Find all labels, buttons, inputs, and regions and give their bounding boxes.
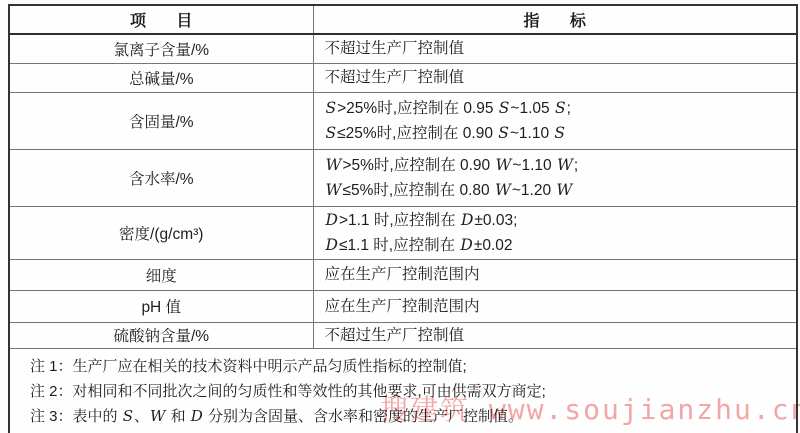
table-notes-row: 注 1：生产厂应在相关的技术资料中明示产品匀质性指标的控制值; 注 2：对相同和…: [9, 348, 797, 433]
spec-text: 不超过生产厂控制值: [325, 327, 465, 344]
spec-cell: S>25%时,应控制在 0.95 S~1.05 S; S≤25%时,应控制在 0…: [313, 92, 797, 149]
variable-S: S: [554, 99, 567, 117]
variable-S: S: [497, 124, 510, 142]
note-3: 注 3：表中的 S、W 和 D 分别为含固量、含水率和密度的生产厂控制值。: [30, 404, 788, 429]
notes-cell: 注 1：生产厂应在相关的技术资料中明示产品匀质性指标的控制值; 注 2：对相同和…: [9, 348, 797, 433]
note-1: 注 1：生产厂应在相关的技术资料中明示产品匀质性指标的控制值;: [30, 354, 788, 379]
spec-cell: 应在生产厂控制范围内: [313, 290, 797, 322]
row-ph-value: pH 值 应在生产厂控制范围内: [9, 290, 797, 322]
variable-S: S: [553, 124, 566, 142]
row-water-content: 含水率/% W>5%时,应控制在 0.90 W~1.10 W; W≤5%时,应控…: [9, 149, 797, 206]
spec-cell: 不超过生产厂控制值: [313, 322, 797, 348]
variable-W: W: [494, 156, 512, 174]
spec-cell: 应在生产厂控制范围内: [313, 259, 797, 290]
homogeneity-index-table: 项 目 指 标 氯离子含量/% 不超过生产厂控制值 总碱量/% 不超过生产厂控制…: [8, 4, 798, 433]
note-2: 注 2：对相同和不同批次之间的匀质性和等效性的其他要求,可由供需双方商定;: [30, 379, 788, 404]
header-item: 项 目: [9, 5, 313, 34]
spec-text: 应在生产厂控制范围内: [325, 266, 480, 283]
row-fineness: 细度 应在生产厂控制范围内: [9, 259, 797, 290]
variable-W: W: [556, 156, 574, 174]
spec-cell: 不超过生产厂控制值: [313, 63, 797, 92]
variable-W: W: [149, 407, 166, 425]
variable-S: S: [122, 407, 134, 425]
spec-cell: D>1.1 时,应控制在 D±0.03; D≤1.1 时,应控制在 D±0.02: [313, 206, 797, 259]
row-total-alkali: 总碱量/% 不超过生产厂控制值: [9, 63, 797, 92]
spec-line-1: S>25%时,应控制在 0.95 S~1.05 S;: [325, 96, 797, 121]
variable-D: D: [460, 211, 474, 229]
spec-line-2: S≤25%时,应控制在 0.90 S~1.10 S: [325, 121, 797, 146]
variable-W: W: [494, 181, 512, 199]
item-cell: 含水率/%: [9, 149, 313, 206]
variable-W: W: [325, 181, 343, 199]
item-cell: 氯离子含量/%: [9, 34, 313, 63]
item-cell: 含固量/%: [9, 92, 313, 149]
spec-cell: W>5%时,应控制在 0.90 W~1.10 W; W≤5%时,应控制在 0.8…: [313, 149, 797, 206]
item-cell: 细度: [9, 259, 313, 290]
document-page: 项 目 指 标 氯离子含量/% 不超过生产厂控制值 总碱量/% 不超过生产厂控制…: [0, 0, 800, 433]
variable-W: W: [325, 156, 343, 174]
variable-D: D: [459, 236, 473, 254]
row-chloride-content: 氯离子含量/% 不超过生产厂控制值: [9, 34, 797, 63]
spec-text: 不超过生产厂控制值: [325, 40, 465, 57]
item-cell: pH 值: [9, 290, 313, 322]
spec-text: 不超过生产厂控制值: [325, 69, 465, 86]
row-sodium-sulfate: 硫酸钠含量/% 不超过生产厂控制值: [9, 322, 797, 348]
variable-W: W: [555, 181, 573, 199]
item-cell: 硫酸钠含量/%: [9, 322, 313, 348]
variable-D: D: [325, 211, 339, 229]
variable-S: S: [498, 99, 511, 117]
variable-D: D: [190, 407, 204, 425]
spec-text: 应在生产厂控制范围内: [325, 298, 480, 315]
table-header-row: 项 目 指 标: [9, 5, 797, 34]
variable-D: D: [325, 236, 339, 254]
item-cell: 总碱量/%: [9, 63, 313, 92]
spec-line-1: W>5%时,应控制在 0.90 W~1.10 W;: [325, 153, 797, 178]
header-spec: 指 标: [313, 5, 797, 34]
spec-line-2: W≤5%时,应控制在 0.80 W~1.20 W: [325, 178, 797, 203]
row-density: 密度/(g/cm³) D>1.1 时,应控制在 D±0.03; D≤1.1 时,…: [9, 206, 797, 259]
variable-S: S: [325, 99, 338, 117]
spec-line-2: D≤1.1 时,应控制在 D±0.02: [325, 233, 797, 258]
spec-line-1: D>1.1 时,应控制在 D±0.03;: [325, 208, 797, 233]
row-solid-content: 含固量/% S>25%时,应控制在 0.95 S~1.05 S; S≤25%时,…: [9, 92, 797, 149]
item-cell: 密度/(g/cm³): [9, 206, 313, 259]
variable-S: S: [325, 124, 338, 142]
spec-cell: 不超过生产厂控制值: [313, 34, 797, 63]
